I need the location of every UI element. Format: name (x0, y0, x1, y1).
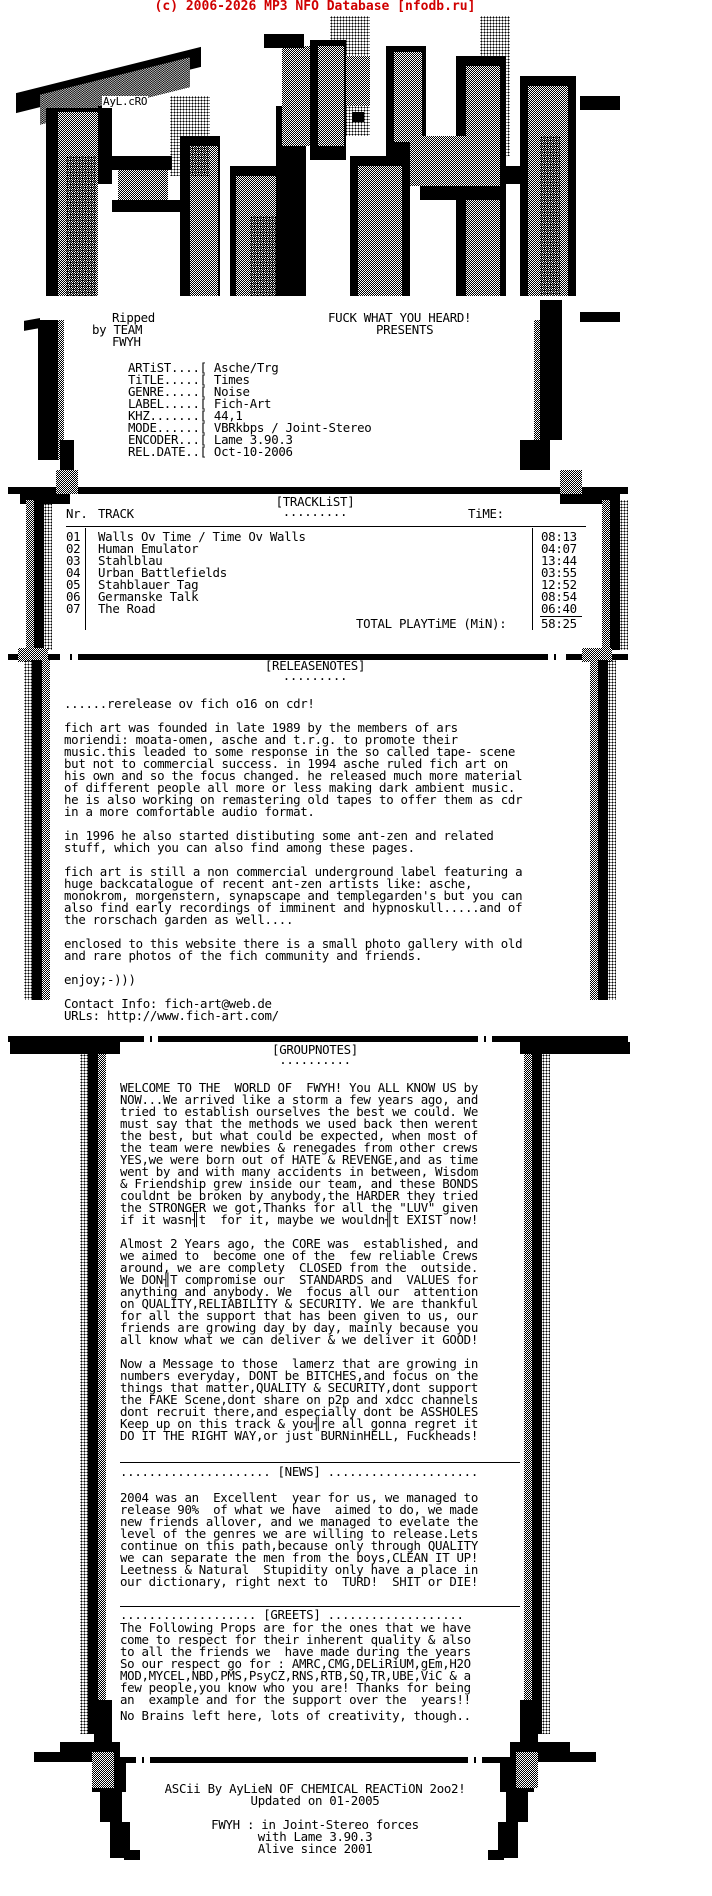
tracklist-left-border (26, 500, 54, 650)
paragraph: fich art was founded in late 1989 by the… (64, 722, 522, 818)
tracklist-top-border (8, 487, 628, 494)
total-playtime-value: 58:25 (541, 618, 577, 630)
total-playtime-label: TOTAL PLAYTiME (MiN): (356, 618, 506, 630)
paragraph: enclosed to this website there is a smal… (64, 938, 522, 962)
track-title: The Road (98, 603, 155, 615)
releasenotes-left-border (24, 660, 52, 1000)
footer-top-border (120, 1757, 510, 1763)
ascii-artist-tag: AyL.cRO (102, 96, 148, 108)
tracklist-dots: ......... (0, 506, 630, 518)
track-number: 07 (66, 603, 80, 615)
footer-line-3: Alive since 2001 (0, 1843, 630, 1855)
paragraph: enjoy;-))) (64, 974, 522, 986)
release-info-value: Oct-10-2006 (214, 444, 293, 459)
paragraph: in 1996 he also started distibuting some… (64, 830, 522, 854)
fwyh-ascii-logo (0, 16, 630, 316)
greets-closing: No Brains left here, lots of creativity,… (120, 1710, 471, 1722)
col-time: TiME: (468, 508, 504, 520)
paragraph: ......rerelease ov fich o16 on cdr! (64, 698, 522, 710)
releasenotes-dots: ......... (0, 670, 630, 682)
copyright-banner: (c) 2006-2026 MP3 NFO Database [nfodb.ru… (0, 0, 630, 14)
paragraph: WELCOME TO THE WORLD OF FWYH! You ALL KN… (120, 1082, 478, 1226)
news-title: ..................... [NEWS] ...........… (120, 1466, 478, 1478)
news-body: 2004 was an Excellent year for us, we ma… (120, 1492, 478, 1588)
paragraph: fich art is still a non commercial under… (64, 866, 522, 926)
track-time: 06:40 (541, 603, 577, 615)
release-info-row: REL.DATE..[ Oct-10-2006 (128, 446, 371, 458)
groupnotes-right-border (524, 1054, 552, 1734)
presents-label: PRESENTS (376, 324, 433, 336)
releasenotes-right-border (590, 660, 618, 1000)
paragraph: Contact Info: fich-art@web.de URLs: http… (64, 998, 522, 1022)
release-info: ARTiST....[ Asche/TrgTiTLE.....[ TimesGE… (128, 362, 371, 458)
footer-updated: Updated on 01-2005 (0, 1795, 630, 1807)
groupnotes-left-border (80, 1054, 108, 1734)
ripped-line-3: FWYH (112, 336, 141, 348)
releasenotes-body: ......rerelease ov fich o16 on cdr!fich … (64, 698, 522, 1034)
groupnotes-body: WELCOME TO THE WORLD OF FWYH! You ALL KN… (120, 1082, 478, 1454)
tracklist-right-border (602, 500, 630, 650)
release-info-label: REL.DATE..[ (128, 444, 214, 459)
paragraph: Now a Message to those lamerz that are g… (120, 1358, 478, 1442)
paragraph: Almost 2 Years ago, the CORE was establi… (120, 1238, 478, 1346)
greets-body: The Following Props are for the ones tha… (120, 1622, 471, 1706)
groupnotes-dots: .......... (0, 1054, 630, 1066)
